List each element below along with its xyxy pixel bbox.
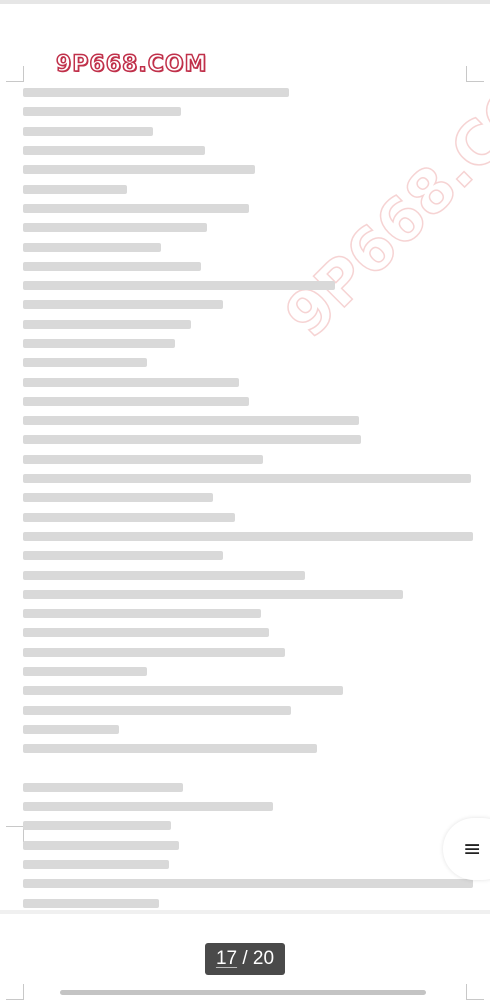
page-corner-mark <box>6 826 24 842</box>
text-line-placeholder <box>23 295 475 314</box>
redacted-text <box>23 378 239 387</box>
redacted-text <box>23 455 263 464</box>
page-corner-mark <box>6 66 24 82</box>
redacted-text <box>23 204 249 213</box>
redacted-text <box>23 706 291 715</box>
redacted-text <box>23 841 179 850</box>
total-pages: 20 <box>253 948 274 970</box>
paragraph-gap <box>23 758 475 777</box>
text-line-placeholder <box>23 334 475 353</box>
text-line-placeholder <box>23 508 475 527</box>
redacted-text <box>23 185 127 194</box>
redacted-text <box>23 571 305 580</box>
hamburger-icon: ≡ <box>463 837 481 862</box>
text-line-placeholder <box>23 565 475 584</box>
text-line-placeholder <box>23 662 475 681</box>
text-line-placeholder <box>23 276 475 295</box>
redacted-text <box>23 783 183 792</box>
text-line-placeholder <box>23 353 475 372</box>
text-line-placeholder <box>23 893 475 912</box>
text-line-placeholder <box>23 179 475 198</box>
text-line-placeholder <box>23 681 475 700</box>
redacted-text <box>23 281 335 290</box>
redacted-text <box>23 821 171 830</box>
page-corner-mark <box>466 984 484 1000</box>
text-line-placeholder <box>23 623 475 642</box>
text-line-placeholder <box>23 411 475 430</box>
redacted-text <box>23 127 153 136</box>
redacted-text <box>23 320 191 329</box>
redacted-text <box>23 146 205 155</box>
text-line-placeholder <box>23 257 475 276</box>
text-line-placeholder <box>23 778 475 797</box>
page-indicator[interactable]: 17 / 20 <box>205 943 285 975</box>
text-line-placeholder <box>23 585 475 604</box>
page-separator: / <box>237 948 253 970</box>
redacted-text <box>23 590 403 599</box>
redacted-text <box>23 493 213 502</box>
text-line-placeholder <box>23 527 475 546</box>
document-page: 9P668.COM 9P668.COM <box>0 4 490 910</box>
redacted-text <box>23 551 223 560</box>
current-page-number[interactable]: 17 <box>216 948 237 970</box>
redacted-text <box>23 474 471 483</box>
page-corner-mark <box>6 984 24 1000</box>
text-line-placeholder <box>23 604 475 623</box>
redacted-text <box>23 899 159 908</box>
text-line-placeholder <box>23 218 475 237</box>
redacted-text <box>23 300 223 309</box>
redacted-text <box>23 628 269 637</box>
text-line-placeholder <box>23 546 475 565</box>
text-line-placeholder <box>23 141 475 160</box>
text-line-placeholder <box>23 836 475 855</box>
redacted-text <box>23 725 119 734</box>
redacted-text <box>23 397 249 406</box>
redacted-text <box>23 879 473 888</box>
text-line-placeholder <box>23 874 475 893</box>
redacted-text <box>23 358 147 367</box>
text-line-placeholder <box>23 83 475 102</box>
text-line-placeholder <box>23 643 475 662</box>
text-line-placeholder <box>23 855 475 874</box>
text-line-placeholder <box>23 237 475 256</box>
text-line-placeholder <box>23 739 475 758</box>
redacted-text <box>23 243 161 252</box>
redacted-text <box>23 435 361 444</box>
redacted-text <box>23 262 201 271</box>
text-line-placeholder <box>23 160 475 179</box>
text-line-placeholder <box>23 488 475 507</box>
text-line-placeholder <box>23 701 475 720</box>
horizontal-scrollbar[interactable] <box>60 990 426 995</box>
redacted-text <box>23 667 147 676</box>
redacted-text <box>23 339 175 348</box>
redacted-text <box>23 686 343 695</box>
redacted-text <box>23 223 207 232</box>
text-line-placeholder <box>23 720 475 739</box>
watermark-logo: 9P668.COM <box>56 52 207 77</box>
text-line-placeholder <box>23 122 475 141</box>
redacted-text <box>23 88 289 97</box>
redacted-text <box>23 513 235 522</box>
text-line-placeholder <box>23 469 475 488</box>
document-text-body <box>23 83 475 913</box>
text-line-placeholder <box>23 430 475 449</box>
text-line-placeholder <box>23 372 475 391</box>
redacted-text <box>23 744 317 753</box>
text-line-placeholder <box>23 392 475 411</box>
redacted-text <box>23 532 473 541</box>
text-line-placeholder <box>23 315 475 334</box>
redacted-text <box>23 416 359 425</box>
redacted-text <box>23 802 273 811</box>
redacted-text <box>23 107 181 116</box>
text-line-placeholder <box>23 797 475 816</box>
redacted-text <box>23 648 285 657</box>
text-line-placeholder <box>23 199 475 218</box>
redacted-text <box>23 860 169 869</box>
page-corner-mark <box>466 66 484 82</box>
text-line-placeholder <box>23 102 475 121</box>
redacted-text <box>23 609 261 618</box>
text-line-placeholder <box>23 450 475 469</box>
redacted-text <box>23 165 255 174</box>
text-line-placeholder <box>23 816 475 835</box>
